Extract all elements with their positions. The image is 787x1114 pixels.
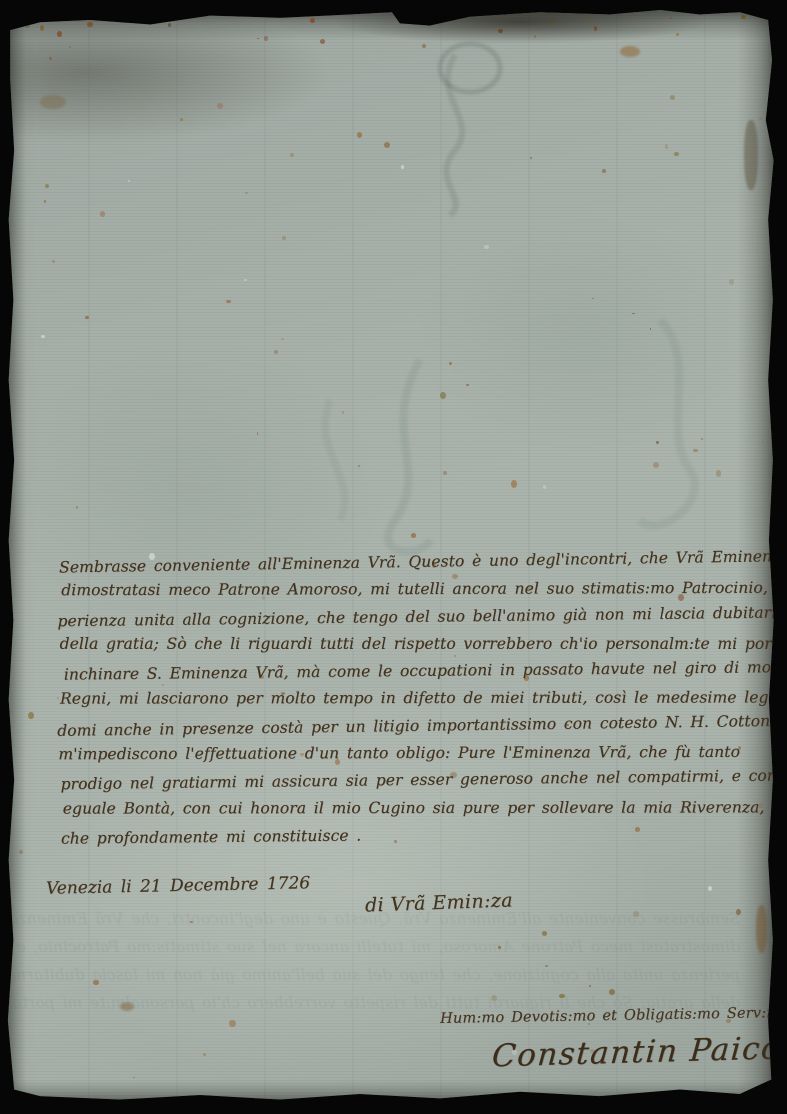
signature: Constantin Paico:- xyxy=(491,1030,787,1075)
foxing-spot xyxy=(274,350,278,354)
dateline: Venezia li 21 Decembre 1726 xyxy=(46,873,311,899)
foxing-spot xyxy=(147,19,151,22)
foxing-spot xyxy=(257,432,259,434)
foxing-spot xyxy=(602,169,606,173)
foxing-spot xyxy=(491,995,497,1001)
foxing-spot xyxy=(656,441,659,443)
foxing-spot xyxy=(19,850,23,854)
foxing-spot xyxy=(76,506,78,509)
foxing-spot xyxy=(498,946,501,949)
foxing-spot xyxy=(633,911,639,917)
foxing-spot xyxy=(100,211,106,217)
manuscript-line: della gratia; Sò che li riguardi tutti d… xyxy=(60,631,760,658)
foxing-spot xyxy=(93,980,99,984)
foxing-spot xyxy=(411,533,415,538)
manuscript-line: perienza unita alla cognizione, che teng… xyxy=(57,599,757,635)
foxing-spot xyxy=(530,157,532,159)
foxing-spot xyxy=(45,184,50,189)
show-through-line: perienza unita alla cognizione, che teng… xyxy=(40,961,740,989)
foxing-spot xyxy=(68,14,70,16)
foxing-spot xyxy=(128,180,130,182)
foxing-spot xyxy=(310,18,315,23)
foxing-spot xyxy=(69,46,71,48)
foxing-spot xyxy=(223,13,228,17)
foxing-spot xyxy=(443,471,447,475)
foxing-spot xyxy=(549,20,552,24)
foxing-spot xyxy=(653,462,659,468)
foxing-spot xyxy=(592,298,594,299)
foxing-spot xyxy=(594,26,598,31)
stain-bottom-left xyxy=(120,1002,134,1011)
foxing-spot xyxy=(585,19,589,22)
foxing-spot xyxy=(729,279,734,285)
paper-sheet: Sembrasse conveniente all'Eminenza Vrã. … xyxy=(0,0,787,1114)
foxing-spot xyxy=(245,192,247,194)
manuscript-line: eguale Bontà, con cui honora il mio Cugi… xyxy=(63,794,763,823)
valediction: Hum:mo Devotis:mo et Obligatis:mo Serv:r… xyxy=(440,1005,782,1027)
foxing-spot xyxy=(180,118,183,121)
foxing-spot xyxy=(87,22,92,27)
foxing-spot xyxy=(257,38,259,40)
foxing-spot xyxy=(229,1020,235,1028)
foxing-spot xyxy=(203,1053,206,1056)
foxing-spot xyxy=(534,35,536,38)
foxing-spot xyxy=(478,12,481,16)
foxing-spot xyxy=(741,15,746,19)
foxing-spot xyxy=(589,985,591,987)
foxing-spot xyxy=(762,441,764,443)
stain-mid-right xyxy=(744,120,758,190)
foxing-spot xyxy=(401,165,404,169)
foxing-spot xyxy=(28,712,33,719)
foxing-spot xyxy=(665,144,669,148)
foxing-spot xyxy=(716,470,722,477)
foxing-spot xyxy=(384,142,390,148)
foxing-spot xyxy=(226,300,231,304)
foxing-spot xyxy=(357,132,362,138)
foxing-spot xyxy=(85,316,89,319)
foxing-spot xyxy=(41,335,45,338)
foxing-spot xyxy=(49,57,52,60)
stain-top-left-smudge xyxy=(40,95,66,109)
foxing-spot xyxy=(422,44,426,48)
foxing-spot xyxy=(358,465,360,467)
foxing-spot xyxy=(545,965,548,967)
foxing-spot xyxy=(511,480,517,488)
foxing-spot xyxy=(290,153,294,157)
foxing-spot xyxy=(449,362,451,365)
foxing-spot xyxy=(509,24,511,26)
foxing-spot xyxy=(57,697,59,699)
foxing-spot xyxy=(44,200,46,202)
foxing-spot xyxy=(281,338,284,340)
foxing-spot xyxy=(759,117,762,120)
letter-body: Sembrasse conveniente all'Eminenza Vrã. … xyxy=(59,547,761,852)
foxing-spot xyxy=(40,25,45,31)
foxing-spot xyxy=(190,921,193,923)
foxing-spot xyxy=(282,236,286,239)
foxing-spot xyxy=(320,39,325,44)
foxing-spot xyxy=(440,392,446,399)
foxing-spot xyxy=(52,260,55,263)
manuscript-scan: Sembrasse conveniente all'Eminenza Vrã. … xyxy=(0,0,787,1114)
foxing-spot xyxy=(736,909,741,915)
stain-top-right xyxy=(620,46,640,57)
stain-right-edge xyxy=(756,905,767,953)
foxing-spot xyxy=(559,994,565,999)
foxing-spot xyxy=(342,411,345,414)
foxing-spot xyxy=(543,485,546,489)
foxing-spot xyxy=(133,1077,135,1079)
foxing-spot xyxy=(609,989,615,995)
foxing-spot xyxy=(693,449,697,452)
verso-show-through-text: Sembrasse conveniente all'Eminenza Vrã. … xyxy=(40,905,740,1017)
foxing-spot xyxy=(650,328,652,329)
foxing-spot xyxy=(676,33,679,36)
foxing-spot xyxy=(264,36,268,40)
foxing-spot xyxy=(25,24,30,28)
foxing-spot xyxy=(57,31,62,36)
closing-formula: di Vrã Emin:za xyxy=(365,889,514,916)
foxing-spot xyxy=(670,17,673,19)
show-through-line: dimostratasi meco Patrone Amoroso, mi tu… xyxy=(40,933,740,961)
foxing-spot xyxy=(484,245,489,249)
foxing-spot xyxy=(701,438,703,440)
foxing-spot xyxy=(466,384,469,386)
foxing-spot xyxy=(632,313,634,315)
foxing-spot xyxy=(244,279,247,281)
foxing-spot xyxy=(708,886,712,891)
foxing-spot xyxy=(140,14,142,16)
foxing-spot xyxy=(217,103,223,109)
foxing-spot xyxy=(674,152,679,156)
foxing-spot xyxy=(670,95,675,100)
foxing-spot xyxy=(168,23,171,27)
foxing-spot xyxy=(498,29,503,33)
foxing-spot xyxy=(542,931,548,935)
manuscript-line: che profondamente mi constituisce . xyxy=(61,818,761,853)
